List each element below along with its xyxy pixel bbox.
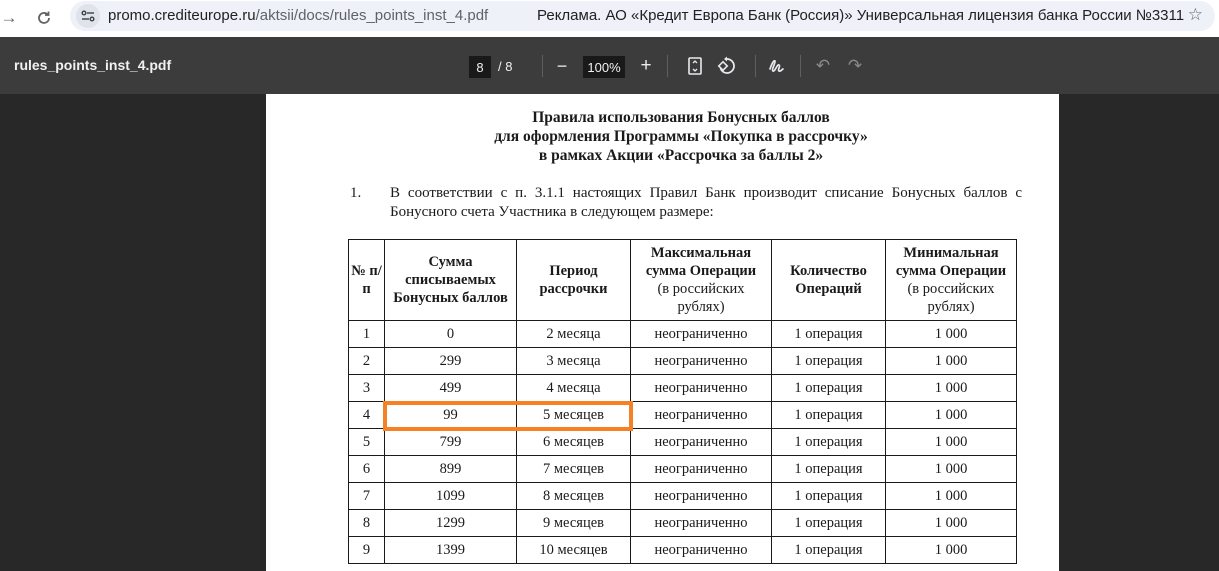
cell-min-amount: 1 000 <box>886 456 1017 483</box>
url-bar[interactable]: promo.crediteurope.ru/aktsii/docs/rules_… <box>70 1 1215 31</box>
cell-points-amount: 0 <box>385 321 517 348</box>
url-path: /aktsii/docs/rules_points_inst_4.pdf <box>256 7 489 24</box>
ad-disclaimer: Реклама. АО «Кредит Европа Банк (Россия)… <box>537 7 1184 24</box>
table-row: 22993 месяцанеограниченно1 операция1 000 <box>349 348 1017 375</box>
page-total: / 8 <box>498 59 512 74</box>
table-row: 812999 месяцевнеограниченно1 операция1 0… <box>349 510 1017 537</box>
table-row: 57996 месяцевнеограниченно1 операция1 00… <box>349 429 1017 456</box>
cell-operations-count: 1 операция <box>772 456 886 483</box>
cell-points-amount: 499 <box>385 375 517 402</box>
header-points-amount: Сумма списываемых Бонусных баллов <box>385 240 517 321</box>
header-min-amount: Минимальная сумма Операции(в российских … <box>886 240 1017 321</box>
table-body: 102 месяцанеограниченно1 операция1 00022… <box>349 321 1017 564</box>
cell-min-amount: 1 000 <box>886 483 1017 510</box>
paragraph-text: В соответствии с п. 3.1.1 настоящих Прав… <box>390 184 1022 222</box>
highlighted-row-annotation <box>383 401 633 431</box>
toolbar-divider <box>755 55 756 77</box>
heading-line: в рамках Акции «Рассрочка за баллы 2» <box>266 146 1059 165</box>
table-row: 34994 месяцанеограниченно1 операция1 000 <box>349 375 1017 402</box>
cell-row-number: 1 <box>349 321 385 348</box>
cell-min-amount: 1 000 <box>886 537 1017 564</box>
table-header-row: № п/п Сумма списываемых Бонусных баллов … <box>349 240 1017 321</box>
cell-operations-count: 1 операция <box>772 402 886 429</box>
rotate-icon[interactable] <box>715 54 739 78</box>
zoom-level-input[interactable]: 100% <box>583 56 625 78</box>
cell-max-amount: неограниченно <box>631 375 772 402</box>
header-operations-count: Количество Операций <box>772 240 886 321</box>
reload-icon[interactable] <box>31 5 57 31</box>
annotate-pen-icon[interactable] <box>765 54 789 78</box>
page-number-input[interactable]: 8 <box>469 56 491 78</box>
cell-max-amount: неограниченно <box>631 429 772 456</box>
cell-operations-count: 1 операция <box>772 537 886 564</box>
cell-points-amount: 299 <box>385 348 517 375</box>
document-heading: Правила использования Бонусных баллов дл… <box>266 108 1059 165</box>
cell-row-number: 8 <box>349 510 385 537</box>
table-row: 68997 месяцевнеограниченно1 операция1 00… <box>349 456 1017 483</box>
paragraph-number: 1. <box>350 184 361 203</box>
cell-points-amount: 799 <box>385 429 517 456</box>
cell-min-amount: 1 000 <box>886 429 1017 456</box>
cell-min-amount: 1 000 <box>886 375 1017 402</box>
table-row: 710998 месяцевнеограниченно1 операция1 0… <box>349 483 1017 510</box>
cell-points-amount: 899 <box>385 456 517 483</box>
cell-row-number: 3 <box>349 375 385 402</box>
cell-max-amount: неограниченно <box>631 402 772 429</box>
cell-points-amount: 1099 <box>385 483 517 510</box>
cell-row-number: 9 <box>349 537 385 564</box>
url-text[interactable]: promo.crediteurope.ru/aktsii/docs/rules_… <box>108 7 488 24</box>
url-host: promo.crediteurope.ru <box>108 7 256 24</box>
cell-row-number: 7 <box>349 483 385 510</box>
cell-max-amount: неограниченно <box>631 348 772 375</box>
cell-min-amount: 1 000 <box>886 348 1017 375</box>
toolbar-divider <box>667 55 668 77</box>
cell-installment-period: 4 месяца <box>517 375 631 402</box>
table-row: 9139910 месяцевнеограниченно1 операция1 … <box>349 537 1017 564</box>
cell-operations-count: 1 операция <box>772 483 886 510</box>
cell-max-amount: неограниченно <box>631 510 772 537</box>
document-title: rules_points_inst_4.pdf <box>14 57 171 73</box>
heading-line: Правила использования Бонусных баллов <box>266 108 1059 127</box>
zoom-in-button[interactable]: + <box>634 54 658 78</box>
browser-address-bar: → promo.crediteurope.ru/aktsii/docs/rule… <box>0 0 1219 37</box>
redo-button[interactable]: ↷ <box>843 54 867 78</box>
cell-installment-period: 3 месяца <box>517 348 631 375</box>
forward-arrow-icon[interactable]: → <box>0 5 22 31</box>
toolbar-divider <box>542 55 543 77</box>
header-max-amount: Максимальная сумма Операции(в российских… <box>631 240 772 321</box>
header-number: № п/п <box>349 240 385 321</box>
cell-row-number: 4 <box>349 402 385 429</box>
pdf-toolbar: rules_points_inst_4.pdf 8 / 8 − 100% + ↶… <box>0 37 1219 94</box>
cell-row-number: 5 <box>349 429 385 456</box>
cell-max-amount: неограниченно <box>631 321 772 348</box>
cell-operations-count: 1 операция <box>772 348 886 375</box>
fit-page-icon[interactable] <box>683 54 707 78</box>
cell-installment-period: 2 месяца <box>517 321 631 348</box>
bookmark-star-icon[interactable]: ☆ <box>1188 5 1203 25</box>
cell-row-number: 6 <box>349 456 385 483</box>
cell-max-amount: неограниченно <box>631 483 772 510</box>
toolbar-divider <box>800 55 801 77</box>
cell-row-number: 2 <box>349 348 385 375</box>
pdf-page: Правила использования Бонусных баллов дл… <box>266 94 1059 571</box>
header-installment-period: Период рассрочки <box>517 240 631 321</box>
cell-installment-period: 6 месяцев <box>517 429 631 456</box>
cell-installment-period: 10 месяцев <box>517 537 631 564</box>
cell-points-amount: 1299 <box>385 510 517 537</box>
cell-operations-count: 1 операция <box>772 375 886 402</box>
zoom-out-button[interactable]: − <box>550 54 574 78</box>
cell-installment-period: 7 месяцев <box>517 456 631 483</box>
cell-installment-period: 8 месяцев <box>517 483 631 510</box>
cell-max-amount: неограниченно <box>631 537 772 564</box>
cell-operations-count: 1 операция <box>772 510 886 537</box>
cell-min-amount: 1 000 <box>886 510 1017 537</box>
cell-operations-count: 1 операция <box>772 429 886 456</box>
cell-operations-count: 1 операция <box>772 321 886 348</box>
cell-min-amount: 1 000 <box>886 402 1017 429</box>
cell-min-amount: 1 000 <box>886 321 1017 348</box>
heading-line: для оформления Программы «Покупка в расс… <box>266 127 1059 146</box>
table-row: 102 месяцанеограниченно1 операция1 000 <box>349 321 1017 348</box>
cell-points-amount: 1399 <box>385 537 517 564</box>
cell-max-amount: неограниченно <box>631 456 772 483</box>
site-info-icon[interactable] <box>76 4 100 28</box>
cell-installment-period: 9 месяцев <box>517 510 631 537</box>
undo-button[interactable]: ↶ <box>811 54 835 78</box>
